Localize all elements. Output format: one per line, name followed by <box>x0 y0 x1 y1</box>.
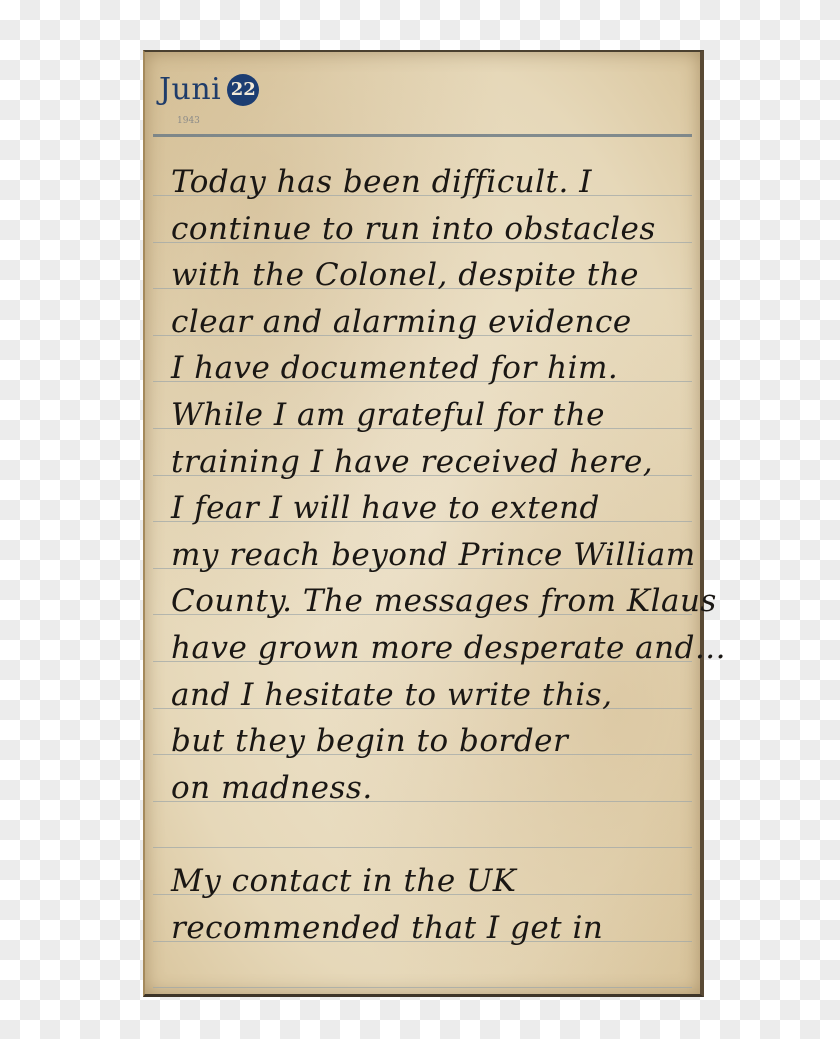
entry-line: I have documented for him. <box>171 353 680 384</box>
entry-line: County. The messages from Klaus <box>171 586 680 617</box>
entry-line: Today has been difficult. I <box>171 167 680 198</box>
entry-line: My contact in the UK <box>171 866 680 897</box>
entry-line: on madness. <box>171 773 680 804</box>
entry-line: with the Colonel, despite the <box>171 260 680 291</box>
entry-line: training I have received here, <box>171 447 680 478</box>
journal-page: Juni 22 1943 Today has been difficult. I… <box>143 50 704 997</box>
entry-line: While I am grateful for the <box>171 400 680 431</box>
entry-line: I fear I will have to extend <box>171 493 680 524</box>
day-badge: 22 <box>227 74 259 106</box>
entry-line: recommended that I get in <box>171 913 680 944</box>
month-label: Juni <box>159 72 221 107</box>
entry-line: my reach beyond Prince William <box>171 540 680 571</box>
entry-line: and I hesitate to write this, <box>171 680 680 711</box>
year-label: 1943 <box>177 116 200 126</box>
entry-line: but they begin to border <box>171 726 680 757</box>
date-header: Juni 22 <box>159 72 259 107</box>
ruled-line <box>153 847 692 848</box>
ruled-line <box>153 987 692 988</box>
entry-line: continue to run into obstacles <box>171 214 680 245</box>
header-divider <box>153 134 692 137</box>
entry-line: have grown more desperate and... <box>171 633 680 664</box>
entry-line: clear and alarming evidence <box>171 307 680 338</box>
